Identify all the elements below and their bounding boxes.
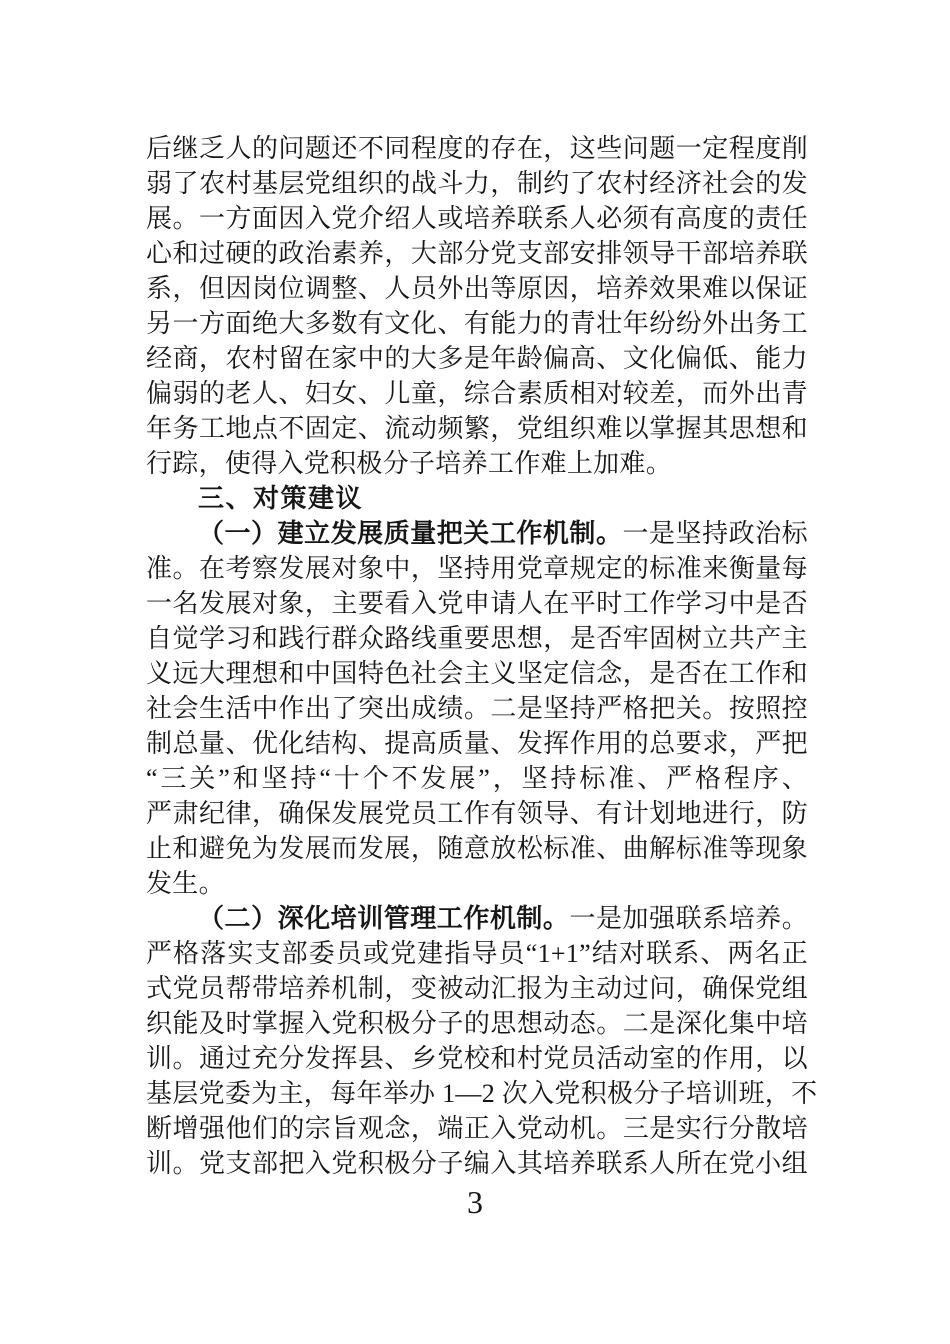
text-line: （二）深化培训管理工作机制。一是加强联系培养。 bbox=[146, 901, 808, 936]
text-line: 后继乏人的问题还不同程度的存在，这些问题一定程度削 bbox=[146, 131, 808, 166]
text-line: 准。在考察发展对象中，坚持用党章规定的标准来衡量每 bbox=[146, 551, 808, 586]
text-line: 制总量、优化结构、提高质量、发挥作用的总要求，严把 bbox=[146, 726, 808, 761]
text-line: （一）建立发展质量把关工作机制。一是坚持政治标 bbox=[146, 516, 808, 551]
text-line: 止和避免为发展而发展，随意放松标准、曲解标准等现象 bbox=[146, 831, 808, 866]
text-line: 严格落实支部委员或党建指导员“1+1”结对联系、两名正 bbox=[146, 936, 808, 971]
text-line: 基层党委为主，每年举办 1—2 次入党积极分子培训班，不 bbox=[146, 1076, 808, 1111]
text-line: 偏弱的老人、妇女、儿童，综合素质相对较差，而外出青 bbox=[146, 376, 808, 411]
text-line: 断增强他们的宗旨观念，端正入党动机。三是实行分散培 bbox=[146, 1111, 808, 1146]
text-line: “三关”和坚持“十个不发展”，坚持标准、严格程序、 bbox=[146, 761, 808, 796]
text-line: 社会生活中作出了突出成绩。二是坚持严格把关。按照控 bbox=[146, 691, 808, 726]
text-line: 系，但因岗位调整、人员外出等原因，培养效果难以保证 bbox=[146, 271, 808, 306]
document-page: 后继乏人的问题还不同程度的存在，这些问题一定程度削弱了农村基层党组织的战斗力，制… bbox=[0, 0, 950, 1344]
text-line: 另一方面绝大多数有文化、有能力的青壮年纷纷外出务工 bbox=[146, 306, 808, 341]
text-line: 织能及时掌握入党积极分子的思想动态。二是深化集中培 bbox=[146, 1006, 808, 1041]
text-line: 发生。 bbox=[146, 866, 808, 901]
text-line: 自觉学习和践行群众路线重要思想，是否牢固树立共产主 bbox=[146, 621, 808, 656]
page-number: 3 bbox=[0, 1184, 950, 1221]
run-in-heading: （一）建立发展质量把关工作机制。 bbox=[198, 519, 623, 548]
text-line: 心和过硬的政治素养，大部分党支部安排领导干部培养联 bbox=[146, 236, 808, 271]
text-line: 义远大理想和中国特色社会主义坚定信念，是否在工作和 bbox=[146, 656, 808, 691]
text-line: 行踪，使得入党积极分子培养工作难上加难。 bbox=[146, 446, 808, 481]
run-in-heading: （二）深化培训管理工作机制。 bbox=[198, 904, 569, 933]
text-line: 弱了农村基层党组织的战斗力，制约了农村经济社会的发 bbox=[146, 166, 808, 201]
text-segment: 一是坚持政治标 bbox=[623, 519, 809, 548]
text-segment: 一是加强联系培养。 bbox=[569, 904, 808, 933]
text-line: 经商，农村留在家中的大多是年龄偏高、文化偏低、能力 bbox=[146, 341, 808, 376]
section-heading: 三、对策建议 bbox=[146, 481, 808, 516]
page-body: 后继乏人的问题还不同程度的存在，这些问题一定程度削弱了农村基层党组织的战斗力，制… bbox=[146, 131, 808, 1181]
text-line: 训。党支部把入党积极分子编入其培养联系人所在党小组 bbox=[146, 1146, 808, 1181]
text-line: 训。通过充分发挥县、乡党校和村党员活动室的作用，以 bbox=[146, 1041, 808, 1076]
text-line: 一名发展对象，主要看入党申请人在平时工作学习中是否 bbox=[146, 586, 808, 621]
text-line: 严肃纪律，确保发展党员工作有领导、有计划地进行，防 bbox=[146, 796, 808, 831]
text-line: 年务工地点不固定、流动频繁，党组织难以掌握其思想和 bbox=[146, 411, 808, 446]
text-line: 式党员帮带培养机制，变被动汇报为主动过问，确保党组 bbox=[146, 971, 808, 1006]
text-line: 展。一方面因入党介绍人或培养联系人必须有高度的责任 bbox=[146, 201, 808, 236]
